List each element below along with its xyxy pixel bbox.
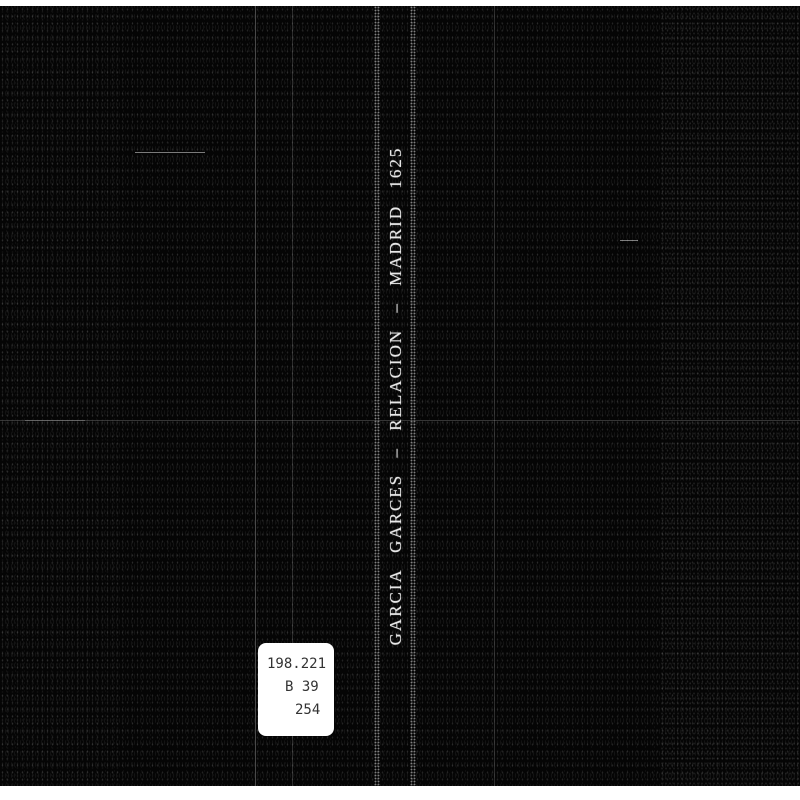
call-number-label: 198.221 B 39 254 <box>258 643 334 736</box>
front-board-edge <box>255 6 256 786</box>
scratch-mark <box>25 420 85 421</box>
cloth-texture-right-edge <box>660 6 800 786</box>
spine-title: GARCIA GARCES – RELACION – MADRID 1625 <box>386 147 406 646</box>
spine-hinge-left <box>374 6 380 786</box>
call-number-class: 198.221 <box>267 653 326 676</box>
scratch-mark <box>135 152 205 153</box>
scratch-mark <box>620 240 638 241</box>
call-number-cutter: B 39 <box>285 676 319 699</box>
book-spine: GARCIA GARCES – RELACION – MADRID 1625 <box>372 6 420 786</box>
cloth-texture-left-edge <box>0 6 120 786</box>
back-board-groove <box>494 6 495 786</box>
spine-hinge-right <box>410 6 416 786</box>
book-cover: GARCIA GARCES – RELACION – MADRID 1625 1… <box>0 6 800 786</box>
call-number-item: 254 <box>295 699 320 722</box>
